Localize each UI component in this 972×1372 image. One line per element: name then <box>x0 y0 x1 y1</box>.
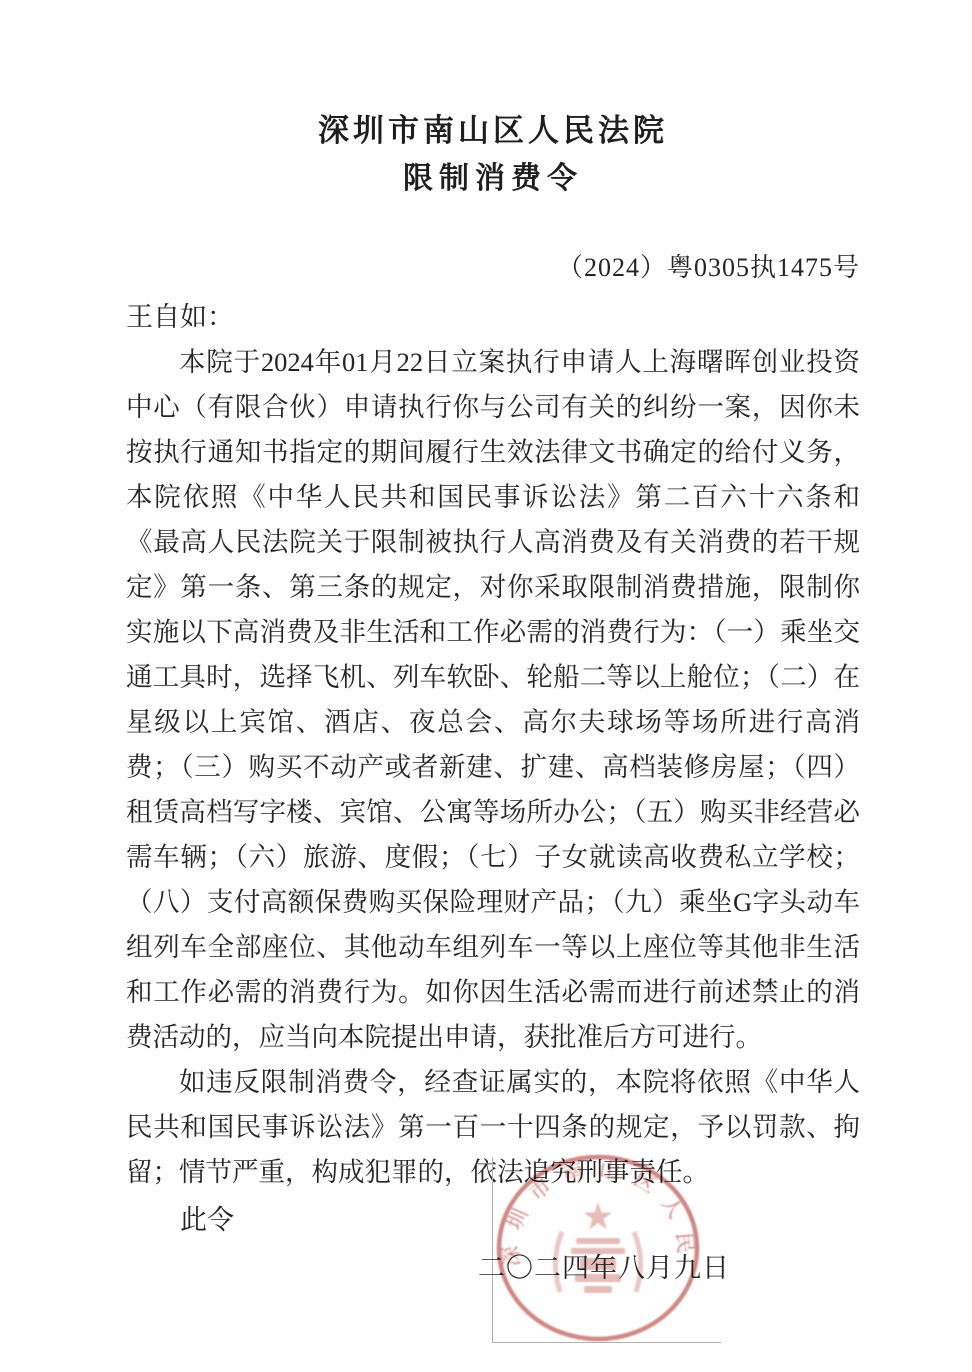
scan-artifact-horizontal-line <box>492 1342 721 1343</box>
body-paragraph-2: 如违反限制消费令，经查证属实的，本院将依照《中华人民共和国民事诉讼法》第一百一十… <box>126 1060 860 1195</box>
doc-title: 限制消费令 <box>126 160 860 198</box>
scanned-document-page: 深圳市南山区人民法院 限制消费令 （2024）粤0305执1475号 王自如： … <box>0 0 972 1372</box>
court-name: 深圳市南山区人民法院 <box>126 112 860 150</box>
case-number: （2024）粤0305执1475号 <box>126 252 860 284</box>
addressee: 王自如： <box>126 298 860 336</box>
closing-phrase: 此令 <box>126 1200 860 1240</box>
issue-date: 二〇二四年八月九日 <box>126 1248 860 1288</box>
document-content: 深圳市南山区人民法院 限制消费令 （2024）粤0305执1475号 王自如： … <box>0 0 972 1288</box>
body-paragraph-1: 本院于2024年01月22日立案执行申请人上海曙晖创业投资中心（有限合伙）申请执… <box>126 340 860 1060</box>
